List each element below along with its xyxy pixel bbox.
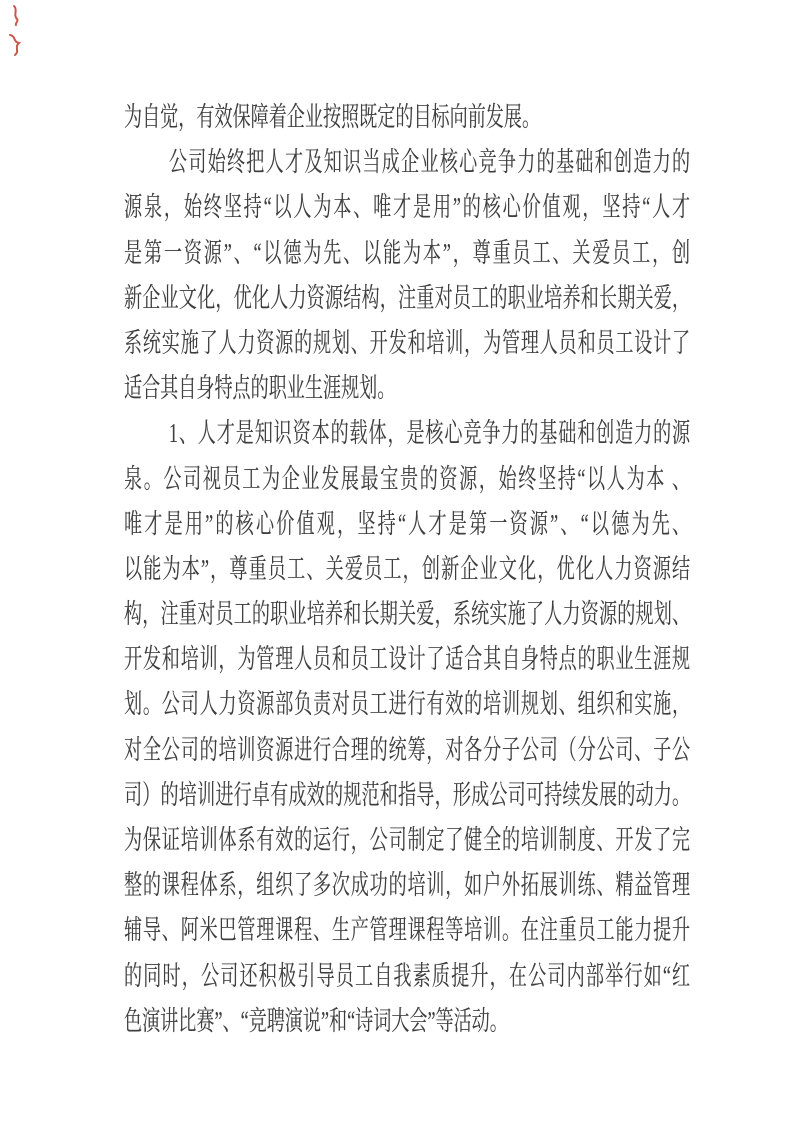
text-line: 司）的培训进行卓有成效的规范和指导，形成公司可持续发展的动力。 bbox=[124, 773, 690, 818]
text-line: 1、人才是知识资本的载体，是核心竞争力的基础和创造力的源 bbox=[124, 411, 690, 456]
text-line: 适合其自身特点的职业生涯规划。 bbox=[124, 366, 690, 411]
text-line: 的同时，公司还积极引导员工自我素质提升，在公司内部举行如“红 bbox=[124, 954, 690, 999]
document-text-block: 为自觉，有效保障着企业按照既定的目标向前发展。 公司始终把人才及知识当成企业核心… bbox=[124, 95, 793, 1044]
text-line: 泉。公司视员工为企业发展最宝贵的资源，始终坚持“以人为本 、 bbox=[124, 457, 690, 502]
red-ink-mark bbox=[4, 2, 38, 62]
text-line: 新企业文化，优化人力资源结构，注重对员工的职业培养和长期关爱， bbox=[124, 276, 690, 321]
scanned-document-page: 为自觉，有效保障着企业按照既定的目标向前发展。 公司始终把人才及知识当成企业核心… bbox=[0, 0, 793, 1121]
text-line: 划。公司人力资源部负责对员工进行有效的培训规划、组织和实施， bbox=[124, 682, 690, 727]
text-line: 系统实施了人力资源的规划、开发和培训，为管理人员和员工设计了 bbox=[124, 321, 690, 366]
text-line: 辅导、阿米巴管理课程、生产管理课程等培训。在注重员工能力提升 bbox=[124, 908, 690, 953]
text-line: 是第一资源”、“以德为先、以能为本”，尊重员工、关爱员工，创 bbox=[124, 231, 690, 276]
text-line: 色演讲比赛”、“竞聘演说”和“诗词大会”等活动。 bbox=[124, 999, 690, 1044]
text-line: 以能为本”，尊重员工、关爱员工，创新企业文化，优化人力资源结 bbox=[124, 547, 690, 592]
text-line: 源泉，始终坚持“以人为本、唯才是用”的核心价值观，坚持“人才 bbox=[124, 185, 690, 230]
text-line: 为保证培训体系有效的运行，公司制定了健全的培训制度、开发了完 bbox=[124, 818, 690, 863]
text-line: 公司始终把人才及知识当成企业核心竞争力的基础和创造力的 bbox=[124, 140, 690, 185]
text-line: 构，注重对员工的职业培养和长期关爱，系统实施了人力资源的规划、 bbox=[124, 592, 690, 637]
text-line: 对全公司的培训资源进行合理的统筹，对各分子公司（分公司、子公 bbox=[124, 728, 690, 773]
text-line: 唯才是用”的核心价值观，坚持“人才是第一资源”、“以德为先、 bbox=[124, 502, 690, 547]
text-line: 为自觉，有效保障着企业按照既定的目标向前发展。 bbox=[124, 95, 690, 140]
text-line: 开发和培训，为管理人员和员工设计了适合其自身特点的职业生涯规 bbox=[124, 637, 690, 682]
text-line: 整的课程体系，组织了多次成功的培训，如户外拓展训练、精益管理 bbox=[124, 863, 690, 908]
